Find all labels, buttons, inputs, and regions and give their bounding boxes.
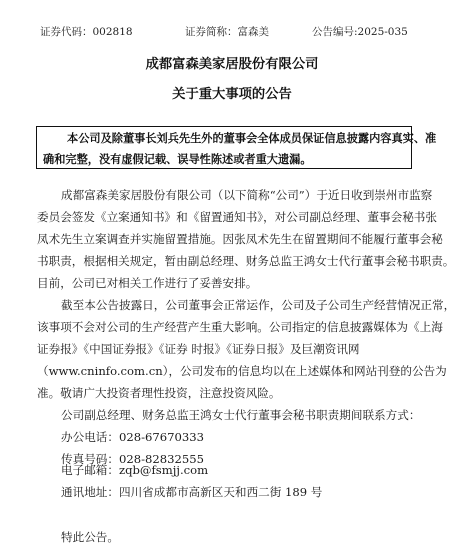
stock-code: 证券代码：002818 bbox=[40, 24, 133, 40]
disclaimer-line: 确和完整，没有虚假记载、误导性陈述或者重大遗漏。 bbox=[43, 149, 409, 170]
closing-statement: 特此公告。 bbox=[61, 529, 119, 545]
paragraph-1-line: 凤术先生立案调查并实施留置措施。因张凤术先生在留置期间不能履行董事会秘 bbox=[37, 231, 443, 247]
contact-address: 通讯地址：四川省成都市高新区天和西二街 189 号 bbox=[61, 484, 322, 500]
contact-phone: 办公电话：028-67670333 bbox=[61, 429, 204, 445]
paragraph-2-line: （www.cninfo.com.cn），公司发布的信息均以在上述媒体和网站刊登的… bbox=[37, 363, 447, 379]
disclaimer-box: 本公司及除董事长刘兵先生外的董事会全体成员保证信息披露内容真实、准 确和完整，没… bbox=[36, 126, 412, 169]
company-title: 成都富森美家居股份有限公司 bbox=[0, 56, 464, 74]
paragraph-1-line: 目前，公司已对相关工作进行了妥善安排。 bbox=[37, 275, 257, 291]
paragraph-2-line: 准。敬请广大投资者理性投资，注意投资风险。 bbox=[37, 385, 280, 401]
paragraph-2-line: 截至本公告披露日，公司董事会正常运作，公司及子公司生产经营情况正常， bbox=[61, 297, 455, 313]
announcement-header: 证券代码：002818 证券简称：富森美 公告编号:2025-035 bbox=[40, 24, 440, 40]
paragraph-2-line: 该事项不会对公司的生产经营产生重大影响。公司指定的信息披露媒体为《上海 bbox=[37, 319, 443, 335]
contact-email: 电子邮箱：zqb@fsmjj.com bbox=[61, 462, 208, 478]
announcement-title: 关于重大事项的公告 bbox=[0, 86, 464, 104]
contact-intro: 公司副总经理、财务总监王鸿女士代行董事会秘书职责期间联系方式： bbox=[61, 407, 420, 423]
paragraph-1-line: 成都富森美家居股份有限公司（以下简称“公司”）于近日收到崇州市监察 bbox=[61, 187, 432, 203]
paragraph-1-line: 书职责，根据相关规定，暂由副总经理、财务总监王鸿女士代行董事会秘书职责。 bbox=[37, 253, 454, 269]
disclaimer-line: 本公司及除董事长刘兵先生外的董事会全体成员保证信息披露内容真实、准 bbox=[43, 128, 409, 149]
paragraph-2-line: 证券报》《中国证券报》《证券 时报》《证券日报》及巨潮资讯网 bbox=[37, 341, 360, 357]
paragraph-1-line: 委员会签发《立案通知书》和《留置通知书》，对公司副总经理、董事会秘书张 bbox=[37, 209, 437, 225]
announcement-number: 公告编号:2025-035 bbox=[312, 24, 408, 40]
stock-short-name: 证券简称：富森美 bbox=[185, 24, 269, 40]
